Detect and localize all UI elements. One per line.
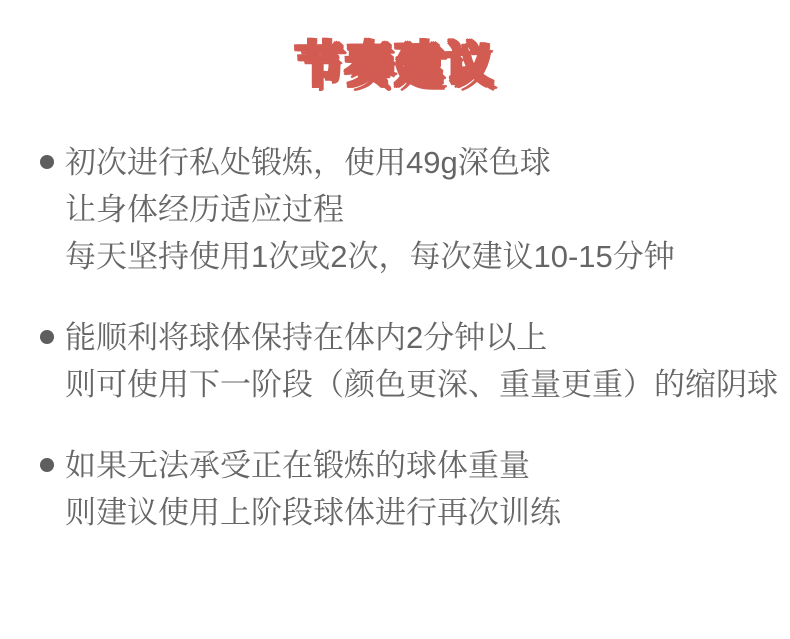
text-line: 则可使用下一阶段（颜色更深、重量更重）的缩阴球 <box>65 361 778 408</box>
page: 节奏建议 初次进行私处锻炼，使用49g深色球 让身体经历适应过程 每天坚持使用1… <box>0 0 790 639</box>
text-line: 能顺利将球体保持在体内2分钟以上 <box>65 314 778 361</box>
list-item: 如果无法承受正在锻炼的球体重量 则建议使用上阶段球体进行再次训练 <box>40 442 790 536</box>
bullet-dot-icon <box>40 155 54 169</box>
list-item: 初次进行私处锻炼，使用49g深色球 让身体经历适应过程 每天坚持使用1次或2次，… <box>40 139 790 280</box>
list-item-text: 如果无法承受正在锻炼的球体重量 则建议使用上阶段球体进行再次训练 <box>65 442 561 536</box>
text-line: 每天坚持使用1次或2次，每次建议10-15分钟 <box>65 233 675 280</box>
text-line: 初次进行私处锻炼，使用49g深色球 <box>65 139 675 186</box>
advice-list: 初次进行私处锻炼，使用49g深色球 让身体经历适应过程 每天坚持使用1次或2次，… <box>40 139 790 536</box>
text-line: 如果无法承受正在锻炼的球体重量 <box>65 442 561 489</box>
bullet-dot-icon <box>40 330 54 344</box>
text-line: 则建议使用上阶段球体进行再次训练 <box>65 489 561 536</box>
text-line: 让身体经历适应过程 <box>65 186 675 233</box>
bullet-dot-icon <box>40 458 54 472</box>
list-item: 能顺利将球体保持在体内2分钟以上 则可使用下一阶段（颜色更深、重量更重）的缩阴球 <box>40 314 790 408</box>
page-title: 节奏建议 <box>0 26 790 95</box>
list-item-text: 能顺利将球体保持在体内2分钟以上 则可使用下一阶段（颜色更深、重量更重）的缩阴球 <box>65 314 778 408</box>
list-item-text: 初次进行私处锻炼，使用49g深色球 让身体经历适应过程 每天坚持使用1次或2次，… <box>65 139 675 280</box>
